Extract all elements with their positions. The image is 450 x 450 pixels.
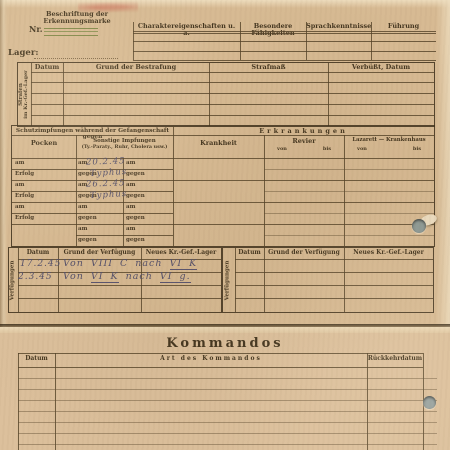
table-line xyxy=(235,285,433,286)
row-label: am xyxy=(126,226,135,232)
table-line xyxy=(31,104,434,105)
row-label: gegen xyxy=(126,193,145,199)
other-vaccinations-header-line2: (Ty.-Paraty., Ruhr, Cholera usw.) xyxy=(76,145,173,150)
handwriting-segment: nach xyxy=(126,271,153,282)
table-line xyxy=(18,400,437,401)
table-line xyxy=(133,33,436,34)
row-label: am xyxy=(126,182,135,188)
table-line xyxy=(18,378,437,379)
bis-label: bis xyxy=(407,147,427,153)
table-line xyxy=(173,126,174,246)
row-label: am xyxy=(78,204,87,210)
punishments-side-label-line2: im Kr.-Gef.-Lager xyxy=(24,63,30,126)
table-line xyxy=(18,433,437,434)
table-line xyxy=(31,115,434,116)
table-line xyxy=(235,298,433,299)
table-line xyxy=(235,248,236,312)
handwritten-entry: Typhus xyxy=(90,189,128,201)
traits-table: Charaktereigenschaften u. a. Besondere F… xyxy=(133,22,436,60)
table-line xyxy=(18,367,423,368)
table-line xyxy=(31,93,434,94)
traits-col-header: Führung xyxy=(371,23,436,30)
smallpox-col-header: Pocken xyxy=(12,140,76,147)
row-label: am xyxy=(78,226,87,232)
vaccination-row: Erfolg gegen Typhus gegen xyxy=(12,191,173,202)
kommandos-col-header: Rückkehrdatum xyxy=(367,356,423,363)
table-line xyxy=(264,248,265,312)
punishments-col-header: Strafmaß xyxy=(209,64,328,71)
table-line xyxy=(18,422,437,423)
kommandos-title: Kommandos xyxy=(0,337,450,351)
punishments-side-label: Strafen im Kr.-Gef.-Lager xyxy=(18,63,31,126)
vaccination-row: Erfolg gegen Typhus gegen xyxy=(12,169,173,180)
row-label: am xyxy=(126,160,135,166)
kommandos-table: Datum Art des Kommandos Rückkehrdatum xyxy=(18,353,437,450)
table-line xyxy=(18,285,221,286)
table-line xyxy=(18,444,437,445)
vaccination-row: am am xyxy=(12,224,173,235)
punishments-col-header: Verbüßt, Datum xyxy=(328,64,434,71)
row-label: am xyxy=(15,160,24,166)
row-label: am xyxy=(126,204,135,210)
row-label: Erfolg xyxy=(15,193,34,199)
transfers-table-right: Verfügungen Datum Grund der Verfügung Ne… xyxy=(222,247,434,313)
handwriting-segment-underlined: VI K xyxy=(170,258,198,270)
kommandos-col-header: Datum xyxy=(18,356,55,363)
transfers-col-header: Grund der Verfügung xyxy=(58,250,141,257)
table-line xyxy=(264,213,434,214)
handwritten-date: 2.3.45 xyxy=(18,272,53,282)
nr-ruled-blank xyxy=(44,28,98,36)
von-label: von xyxy=(272,147,292,153)
bis-label: bis xyxy=(317,147,337,153)
table-line xyxy=(133,51,436,52)
table-line xyxy=(173,180,434,181)
table-line xyxy=(31,72,434,73)
lager-dotted-line xyxy=(34,52,118,59)
handwritten-entry: Typhus xyxy=(90,167,128,179)
transfers-col-header: Neues Kr.-Gef.-Lager xyxy=(344,250,433,257)
handwritten-entry: Von VIII C nach VI K xyxy=(63,258,197,269)
table-line xyxy=(264,169,434,170)
row-label: gegen xyxy=(126,215,145,221)
handwriting-segment-underlined: VI K xyxy=(91,271,119,283)
handwriting-segment: Von xyxy=(63,271,84,282)
vaccination-row: am am 20.2.45 am xyxy=(12,158,173,169)
infirmary-col-header: Revier xyxy=(264,138,344,145)
vaccinations-illnesses-table: Schutzimpfungen während der Gefangenscha… xyxy=(11,125,435,247)
vaccination-row: am am 26.2.45 am xyxy=(12,180,173,191)
table-line xyxy=(264,191,434,192)
table-line xyxy=(173,224,434,225)
table-line xyxy=(18,298,221,299)
pow-record-card-scan: Beschriftung der Erkennungsmarke Nr. Lag… xyxy=(0,0,450,450)
row-label: Erfolg xyxy=(15,215,34,221)
handwritten-entry: Von VI K nach VI g. xyxy=(63,271,191,282)
handwritten-date: 20.2.45 xyxy=(86,156,126,167)
handwriting-segment: Von VIII C nach xyxy=(63,258,163,269)
nr-label: Nr. xyxy=(29,25,43,34)
punishments-col-header: Datum xyxy=(31,64,63,71)
row-label: gegen xyxy=(78,237,97,243)
row-label: gegen xyxy=(78,215,97,221)
hospital-col-header: Lazarett — Krankenhaus xyxy=(344,138,434,144)
table-line xyxy=(344,248,345,312)
table-line xyxy=(264,235,434,236)
transfer-entry: 2.3.45 Von VI K nach VI g. xyxy=(9,272,221,285)
table-line xyxy=(133,31,436,32)
lager-label: Lager: xyxy=(8,49,36,58)
vaccination-row: gegen gegen xyxy=(12,235,173,246)
table-line xyxy=(235,272,433,273)
illness-col-header: Krankheit xyxy=(173,140,264,147)
table-line xyxy=(31,82,434,83)
table-line xyxy=(18,411,437,412)
vaccination-row: am am am xyxy=(12,202,173,213)
row-label: am xyxy=(15,182,24,188)
kommandos-col-header: Art des Kommandos xyxy=(55,356,367,363)
row-label: am xyxy=(15,204,24,210)
row-label: gegen xyxy=(126,171,145,177)
table-line xyxy=(173,202,434,203)
vaccination-row: Erfolg gegen gegen xyxy=(12,213,173,224)
transfers-col-header: Datum xyxy=(235,250,264,257)
table-line xyxy=(18,389,437,390)
von-label: von xyxy=(352,147,372,153)
table-line xyxy=(235,259,433,260)
punishments-table: Strafen im Kr.-Gef.-Lager Datum Grund de… xyxy=(17,62,435,127)
transfers-col-header: Neues Kr.-Gef.-Lager xyxy=(141,250,221,257)
transfers-col-header: Datum xyxy=(18,250,58,257)
punch-hole-bottom xyxy=(423,396,436,409)
row-label: Erfolg xyxy=(15,171,34,177)
row-label: gegen xyxy=(126,237,145,243)
handwriting-segment-underlined: VI g. xyxy=(160,271,191,283)
transfers-table-left: Verfügungen Datum Grund der Verfügung Ne… xyxy=(8,247,222,313)
table-line xyxy=(18,353,423,354)
handwritten-date: 17.2.45 xyxy=(20,259,61,269)
table-line xyxy=(133,60,436,61)
transfers-col-header: Grund der Verfügung xyxy=(264,250,344,257)
transfers-side-label: Verfügungen xyxy=(225,250,234,310)
illnesses-title: Erkrankungen xyxy=(173,128,434,135)
identity-tag-section: Beschriftung der Erkennungsmarke Nr. Lag… xyxy=(0,0,133,62)
punishments-col-header: Grund der Bestrafung xyxy=(63,64,209,71)
table-line xyxy=(133,41,436,42)
punch-hole-top xyxy=(412,219,426,233)
traits-col-header: Sprachkenntnisse xyxy=(306,23,371,30)
handwritten-date: 26.2.45 xyxy=(86,178,126,189)
